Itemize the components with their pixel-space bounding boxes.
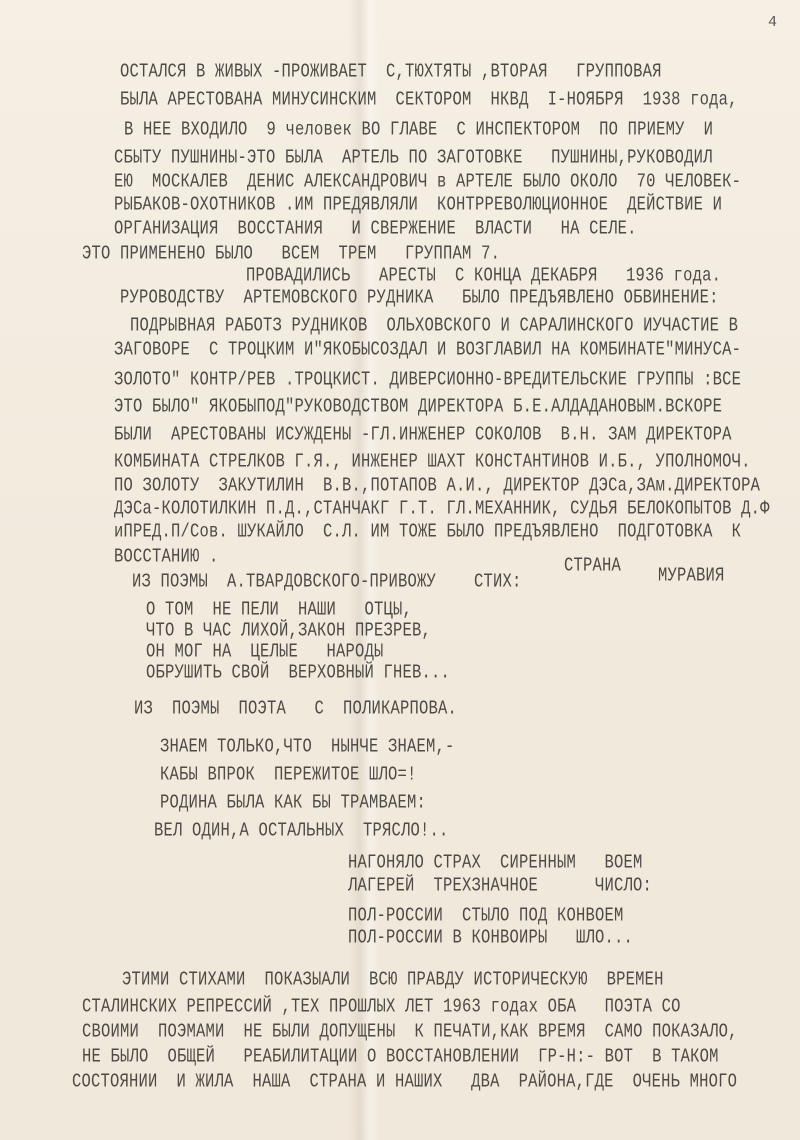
text-line: ЗАГОВОРЕ С ТРОЦКИМ И"ЯКОБЫСОЗДАЛ И ВОЗГЛ… <box>114 338 741 361</box>
poem-line: ПОЛ-РОССИИ СТЫЛО ПОД КОНВОЕМ <box>348 904 624 927</box>
text-line: ЭТИМИ СТИХАМИ ПОКАЗЫАЛИ ВСЮ ПРАВДУ ИСТОР… <box>122 968 664 991</box>
poem-intro: ИЗ ПОЭМЫ ПОЭТА С ПОЛИКАРПОВА. <box>134 697 457 720</box>
text-line: ОСТАЛСЯ В ЖИВЫХ -ПРОЖИВАЕТ С,ТЮХТЯТЫ ,ВТ… <box>120 60 662 83</box>
poem-line: ПОЛ-РОССИИ В КОНВОИРЫ ШЛО... <box>348 926 633 949</box>
text-line: ЗОЛОТО" КОНТР/РЕВ .ТРОЦКИСТ. ДИВЕРСИОННО… <box>114 368 741 391</box>
text-line: СОСТОЯНИИ И ЖИЛА НАША СТРАНА И НАШИХ ДВА… <box>72 1070 737 1093</box>
poem-line: ОБРУШИТЬ СВОЙ ВЕРХОВНЫЙ ГНЕВ... <box>146 661 450 684</box>
poem-line: О ТОМ НЕ ПЕЛИ НАШИ ОТЦЫ, <box>146 598 412 621</box>
poem-line: ЧТО В ЧАС ЛИХОЙ,ЗАКОН ПРЕЗРЕВ, <box>146 619 431 642</box>
text-line: ОРГАНИЗАЦИЯ ВОССТАНИЯ И СВЕРЖЕНИЕ ВЛАСТИ… <box>114 217 637 240</box>
text-line: СТАЛИНСКИХ РЕПРЕССИЙ ,ТЕХ ПРОШЛЫХ ЛЕТ 19… <box>82 995 681 1018</box>
poem-intro: ИЗ ПОЭМЫ А.ТВАРДОВСКОГО-ПРИВОЖУ СТИХ: <box>132 570 522 593</box>
text-line: ЭТО БЫЛО" ЯКОБЫПОД"РУКОВОДСТВОМ ДИРЕКТОР… <box>114 395 722 418</box>
text-line: РУРОВОДСТВУ АРТЕМОВСКОГО РУДНИКА БЫЛО ПР… <box>120 286 719 309</box>
text-line: БЫЛИ АРЕСТОВАНЫ ИСУЖДЕНЫ -ГЛ.ИНЖЕНЕР СОК… <box>114 423 732 446</box>
text-line: ЕЮ МОСКАЛЕВ ДЕНИС АЛЕКСАНДРОВИЧ в АРТЕЛЕ… <box>114 170 741 193</box>
text-line: ЭТО ПРИМЕНЕНО БЫЛО ВСЕМ ТРЕМ ГРУППАМ 7. <box>82 242 500 265</box>
text-line: ПО ЗОЛОТУ ЗАКУТИЛИН В.В.,ПОТАПОВ А.И., Д… <box>114 474 760 497</box>
text-line: НЕ БЫЛО ОБЩЕЙ РЕАБИЛИТАЦИИ О ВОССТАНОВЛЕ… <box>82 1045 719 1068</box>
poem-line: КАБЫ ВПРОК ПЕРЕЖИТОЕ ШЛО=! <box>160 763 417 786</box>
text-line: КОМБИНАТА СТРЕЛКОВ Г.Я., ИНЖЕНЕР ШАХТ КО… <box>114 450 751 473</box>
text-line: ПРОВАДИЛИСЬ АРЕСТЫ С КОНЦА ДЕКАБРЯ 1936 … <box>246 264 721 287</box>
poem-line: ВЕЛ ОДИН,А ОСТАЛЬНЫХ ТРЯСЛО!.. <box>154 819 449 842</box>
text-line: В НЕЕ ВХОДИЛО 9 человек ВО ГЛАВЕ С ИНСПЕ… <box>124 118 713 141</box>
poem-line: НАГОНЯЛО СТРАХ СИРЕННЫМ ВОЕМ <box>348 851 643 874</box>
poem-line: ЛАГЕРЕЙ ТРЕХЗНАЧНОЕ ЧИСЛО: <box>348 874 652 897</box>
text-line: иПРЕД.П/Сов. ШУКАЙЛО С.Л. ИМ ТОЖЕ БЫЛО П… <box>114 520 741 543</box>
poem-line: РОДИНА БЫЛА КАК БЫ ТРАМВАЕМ: <box>160 791 426 814</box>
poem-line: ЗНАЕМ ТОЛЬКО,ЧТО НЫНЧЕ ЗНАЕМ,- <box>160 735 455 758</box>
text-line: СВОИМИ ПОЭМАМИ НЕ БЫЛИ ДОПУЩЕНЫ К ПЕЧАТИ… <box>82 1020 738 1043</box>
poem-line: ОН МОГ НА ЦЕЛЫЕ НАРОДЫ <box>146 640 384 663</box>
text-line: ВОССТАНИЮ . <box>114 545 219 568</box>
text-line: ДЭСа-КОЛОТИЛКИН П.Д.,СТАНЧАКГ Г.Т. ГЛ.МЕ… <box>114 497 770 520</box>
poem-title-part: СТРАНА <box>564 554 621 577</box>
text-line: БЫЛА АРЕСТОВАНА МИНУСИНСКИМ СЕКТОРОМ НКВ… <box>120 88 738 111</box>
page-number: 4 <box>768 14 777 31</box>
text-line: ПОДРЫВНАЯ РАБОТЗ РУДНИКОВ ОЛЬХОВСКОГО И … <box>130 314 738 337</box>
text-line: СБЫТУ ПУШНИНЫ-ЭТО БЫЛА АРТЕЛЬ ПО ЗАГОТОВ… <box>114 146 713 169</box>
poem-title-part: МУРАВИЯ <box>658 564 725 587</box>
text-line: РЫБАКОВ-ОХОТНИКОВ .ИМ ПРЕДЯВЛЯЛИ КОНТРРЕ… <box>114 193 722 216</box>
